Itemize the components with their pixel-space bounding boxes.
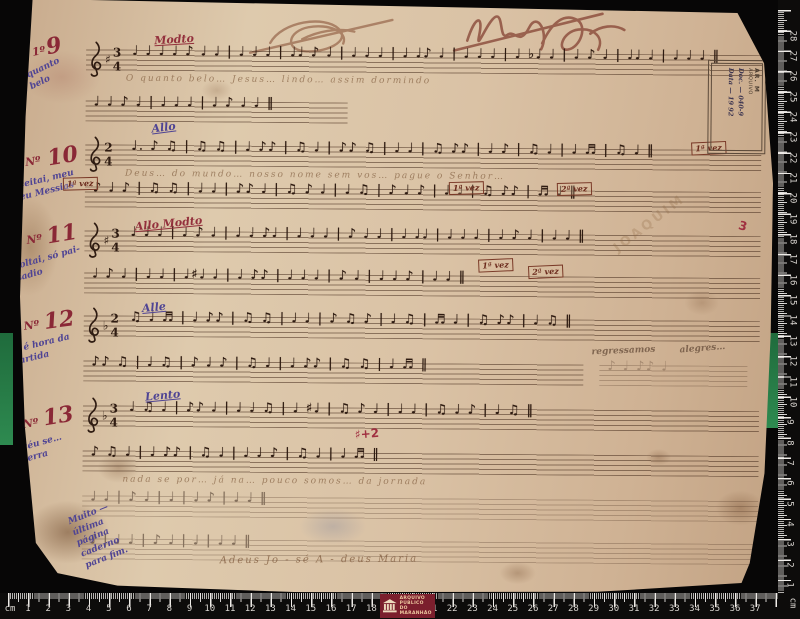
ruler-number: 23 bbox=[787, 132, 797, 143]
staff-system: ♯34♩ ♩ ♩ ♩ ♪ ♩ ♩ | ♩ ♩ ♩ | ♩♩ ♪ ♩ | ♩ ♩ … bbox=[86, 49, 762, 79]
song-number-12: 12 bbox=[42, 305, 76, 335]
ruler-number: 16 bbox=[787, 274, 797, 285]
ruler-number: 23 bbox=[467, 604, 478, 614]
system-head: ♯34 bbox=[88, 41, 121, 77]
ruler-number: 24 bbox=[787, 112, 797, 123]
ruler-number: 15 bbox=[305, 604, 316, 614]
ruler-number: 21 bbox=[787, 173, 797, 184]
green-backdrop-left bbox=[0, 333, 13, 445]
staff-system: ♩ | ♩ ♩ | ♪ ♩ | ♩ | ♩ ♩ ‖ bbox=[82, 538, 758, 568]
lyrics-fragment: O quanto belo… Jesus… lindo… assim dormi… bbox=[126, 74, 431, 87]
ruler-number: 7 bbox=[146, 604, 151, 614]
archive-logo-text: ARQUIVO PÚBLICO DO MARANHÃO bbox=[400, 596, 433, 616]
ruler-number: 13 bbox=[265, 604, 276, 614]
time-signature: 34 bbox=[113, 46, 122, 74]
ruler-number: 18 bbox=[366, 604, 377, 614]
ruler-number: 2 bbox=[45, 604, 50, 614]
ruler-number: 8 bbox=[785, 440, 795, 445]
song-number-10: 10 bbox=[45, 141, 79, 172]
song-number-12-prefix: Nº bbox=[23, 318, 40, 333]
song-title-note-9: O quanto é belo bbox=[15, 56, 67, 97]
song-title-note-12: Já é hora da partida bbox=[10, 332, 74, 369]
ruler-number: 17 bbox=[787, 254, 797, 265]
staff-system: 24♩. ♪ ♫ | ♫ ♫ | ♩ ♪♪ | ♫ ♩ | ♪♪ ♫ | ♩ ♩… bbox=[85, 144, 761, 174]
vertical-cm-ruler: 2827262524232221201918171615141312111098… bbox=[778, 0, 800, 619]
ruler-number: 25 bbox=[787, 91, 797, 102]
archive-logo-badge: ARQUIVO PÚBLICO DO MARANHÃO bbox=[380, 594, 435, 618]
ruler-number: 15 bbox=[787, 295, 797, 306]
system-head: ♭34 bbox=[85, 397, 118, 433]
handwritten-notes: ♩ ♩ ♪ ♩ | ♩ ♩ ♩ | ♩ ♪ ♩ ♩ ‖ bbox=[94, 94, 342, 111]
ruler-number: 28 bbox=[787, 30, 797, 41]
handwritten-notes: ♪ ♩ ♪♪ ♩ bbox=[607, 359, 741, 375]
staff-system: ♭24♫ ♩ ♬ | ♩ ♪♪ | ♫ ♫ | ♩ ♩ | ♪ ♫ ♪ | ♩ … bbox=[84, 315, 760, 345]
ruler-number: 12 bbox=[787, 356, 797, 367]
ruler-number: 16 bbox=[326, 604, 337, 614]
lyrics-fragment: Deus… do mundo… nosso nome sem vos… pagu… bbox=[125, 169, 505, 182]
manuscript-paper: ♯34♩ ♩ ♩ ♩ ♪ ♩ ♩ | ♩ ♩ ♩ | ♩♩ ♪ ♩ | ♩ ♩ … bbox=[0, 0, 791, 599]
ruler-number: 4 bbox=[785, 521, 795, 526]
ruler-number: 5 bbox=[785, 501, 795, 506]
stamp-text-block: AR. M ARQUIVO Doc. — 040-9 Data — 19 92 bbox=[710, 63, 763, 151]
logo-line: PÚBLICO DO bbox=[400, 601, 433, 611]
song-number-9: 9 bbox=[44, 32, 64, 61]
system-head: ♯34 bbox=[86, 222, 119, 258]
ruler-number: 6 bbox=[126, 604, 131, 614]
song-title-note-13: O céu se… …terra bbox=[10, 432, 66, 468]
ruler-number: 1 bbox=[25, 604, 30, 614]
key-accidental: ♯ bbox=[105, 52, 111, 66]
red-accidental-mark: ♯+2 bbox=[354, 426, 379, 442]
stamp-line: AR. M bbox=[752, 68, 760, 146]
ruler-number: 3 bbox=[785, 542, 795, 547]
ruler-number: 13 bbox=[787, 335, 797, 346]
key-accidental: ♭ bbox=[103, 318, 109, 332]
ruler-number: 26 bbox=[787, 71, 797, 82]
ruler-number: 19 bbox=[787, 213, 797, 224]
annotations-layer: 1º9O quanto é beloModtoAlloNº10Aceitai, … bbox=[3, 0, 791, 3]
ruler-number: 10 bbox=[204, 604, 215, 614]
ruler-number: 12 bbox=[245, 604, 256, 614]
closing-lyric: Adeus Jo - sé A - deus Maria bbox=[220, 553, 419, 566]
ruler-number: cm bbox=[5, 604, 16, 614]
staff-system: ♭34♩ ♫ ♩ | ♪♪ ♩ | ♩ ♩ ♫ | ♩ ♯♩ | ♫ ♪ ♩ |… bbox=[83, 405, 759, 435]
logo-line: MARANHÃO bbox=[400, 611, 433, 616]
song-title-note-11: Voltai, só pai- sadio bbox=[12, 244, 84, 285]
ruler-number: 18 bbox=[787, 234, 797, 245]
song-number-11-prefix: Nº bbox=[26, 232, 43, 247]
music-systems-layer: ♯34♩ ♩ ♩ ♩ ♪ ♩ ♩ | ♩ ♩ ♩ | ♩♩ ♪ ♩ | ♩ ♩ … bbox=[3, 0, 791, 3]
ruler-number: 5 bbox=[106, 604, 111, 614]
ruler-number: 14 bbox=[285, 604, 296, 614]
ruler-number: 36 bbox=[730, 604, 741, 614]
staff-system: ♩ ♩ ♪ ♩ | ♩ ♩ ♩ | ♩ ♪ ♩ ♩ ‖ bbox=[86, 100, 348, 126]
second-time-box: 2ª vez bbox=[528, 265, 563, 279]
key-accidental: ♭ bbox=[102, 408, 108, 422]
lyrics-fragment: nada se por… já na… pouco somos… da jorn… bbox=[122, 475, 427, 488]
ruler-number: 34 bbox=[689, 604, 700, 614]
scanned-manuscript-page: ♯34♩ ♩ ♩ ♩ ♪ ♩ ♩ | ♩ ♩ ♩ | ♩♩ ♪ ♩ | ♩ ♩ … bbox=[0, 0, 800, 619]
ruler-number: 26 bbox=[528, 604, 539, 614]
ruler-number: 1 bbox=[785, 582, 795, 587]
ruler-number: 14 bbox=[787, 315, 797, 326]
ruler-number: 27 bbox=[787, 50, 797, 61]
tempo-marking-9b: Allo bbox=[151, 119, 177, 135]
treble-clef-icon bbox=[86, 222, 101, 258]
ruler-number: 9 bbox=[187, 604, 192, 614]
staff-system: ♪ ♩ ♪♪ ♩ bbox=[599, 365, 747, 390]
staff-system: ♪ ♫ ♩ | ♩ ♪♪ | ♫ ♩ | ♩ ♩ ♪ | ♫ ♩ | ♩ ♬ ‖… bbox=[82, 450, 758, 480]
tempo-marking-12: Alle bbox=[141, 300, 166, 315]
ruler-number: 22 bbox=[787, 152, 797, 163]
ruler-number: 33 bbox=[669, 604, 680, 614]
staff-system: ♯34♩ ♩ ♩ | ♩ ♪ ♩ | ♩ ♩ ♪♩ | ♩ ♩ ♩ | ♪ ♩ … bbox=[84, 230, 760, 260]
ruler-number: 31 bbox=[629, 604, 640, 614]
stamp-doc-number: Doc. — 040-9 bbox=[736, 68, 745, 146]
treble-clef-icon bbox=[87, 136, 102, 172]
song-number-10-prefix: Nº bbox=[24, 154, 41, 169]
system-head: ♭24 bbox=[86, 307, 119, 343]
ruler-number: 4 bbox=[86, 604, 91, 614]
ruler-number: 2 bbox=[785, 562, 795, 567]
archive-accession-stamp: AR. M ARQUIVO Doc. — 040-9 Data — 19 92 bbox=[707, 60, 766, 155]
time-signature: 24 bbox=[104, 140, 113, 168]
ruler-number: 11 bbox=[787, 376, 797, 387]
ruler-number: 32 bbox=[649, 604, 660, 614]
ruler-number: 24 bbox=[487, 604, 498, 614]
time-signature: 34 bbox=[111, 227, 120, 255]
horizontal-cm-ruler: cm12345678910111213141516171821222324252… bbox=[0, 593, 800, 619]
ruler-number: 30 bbox=[608, 604, 619, 614]
ruler-number: 3 bbox=[66, 604, 71, 614]
time-signature: 24 bbox=[110, 312, 119, 340]
ruler-number: cm bbox=[787, 598, 797, 609]
pencil-note-regressamos: regressamos bbox=[591, 345, 655, 358]
tempo-marking-9: Modto bbox=[154, 32, 194, 47]
treble-clef-icon bbox=[88, 41, 103, 77]
first-time-box: 1ª vez bbox=[63, 177, 98, 191]
staff-system: ♩ ♪ ♩ | ♩ ♩ | ♩♯♩ ♩ | ♩ ♪♪ | ♩ ♩ ♩ | ♪ ♩… bbox=[84, 272, 760, 302]
ruler-number: 11 bbox=[225, 604, 236, 614]
ruler-number: 28 bbox=[568, 604, 579, 614]
song-number-13-prefix: Nº bbox=[22, 416, 39, 431]
ruler-number: 22 bbox=[447, 604, 458, 614]
song-number-9-prefix: 1º bbox=[31, 44, 46, 59]
ruler-number: 37 bbox=[750, 604, 761, 614]
pencil-note-alegres: alegres… bbox=[679, 342, 725, 356]
ruler-number: 9 bbox=[785, 419, 795, 424]
staff-system: ♩ ♩ | ♪ ♩ | ♩ | ♩ ♪ | ♩ ♩ ‖ bbox=[82, 495, 758, 525]
ruler-number: 29 bbox=[588, 604, 599, 614]
ruler-number: 35 bbox=[709, 604, 720, 614]
system-head: 24 bbox=[87, 136, 113, 172]
ruler-number: 17 bbox=[346, 604, 357, 614]
time-signature: 34 bbox=[110, 402, 119, 430]
treble-clef-icon bbox=[85, 397, 100, 433]
ruler-number: 8 bbox=[167, 604, 172, 614]
ruler-number: 27 bbox=[548, 604, 559, 614]
key-accidental: ♯ bbox=[103, 233, 109, 247]
stamp-date: Data — 19 92 bbox=[726, 68, 735, 146]
ruler-number: 6 bbox=[785, 481, 795, 486]
ruler-number: 20 bbox=[787, 193, 797, 204]
stamp-line: ARQUIVO bbox=[746, 68, 753, 146]
second-time-box: 2ª vez bbox=[557, 182, 592, 196]
song-number-13: 13 bbox=[41, 401, 75, 432]
ruler-number: 10 bbox=[787, 396, 797, 407]
staff-system: ♪♪ ♫ | ♩ ♫ | ♪ ♩ ♪ | ♫ ♩ | ♩ ♪♪ | ♫ ♫ | … bbox=[83, 360, 583, 388]
treble-clef-icon bbox=[86, 307, 101, 343]
first-time-box: 1ª vez bbox=[449, 181, 484, 195]
ruler-number: 25 bbox=[507, 604, 518, 614]
first-time-box: 1ª vez bbox=[478, 258, 513, 272]
building-icon bbox=[382, 598, 398, 614]
ruler-number: 7 bbox=[785, 460, 795, 465]
